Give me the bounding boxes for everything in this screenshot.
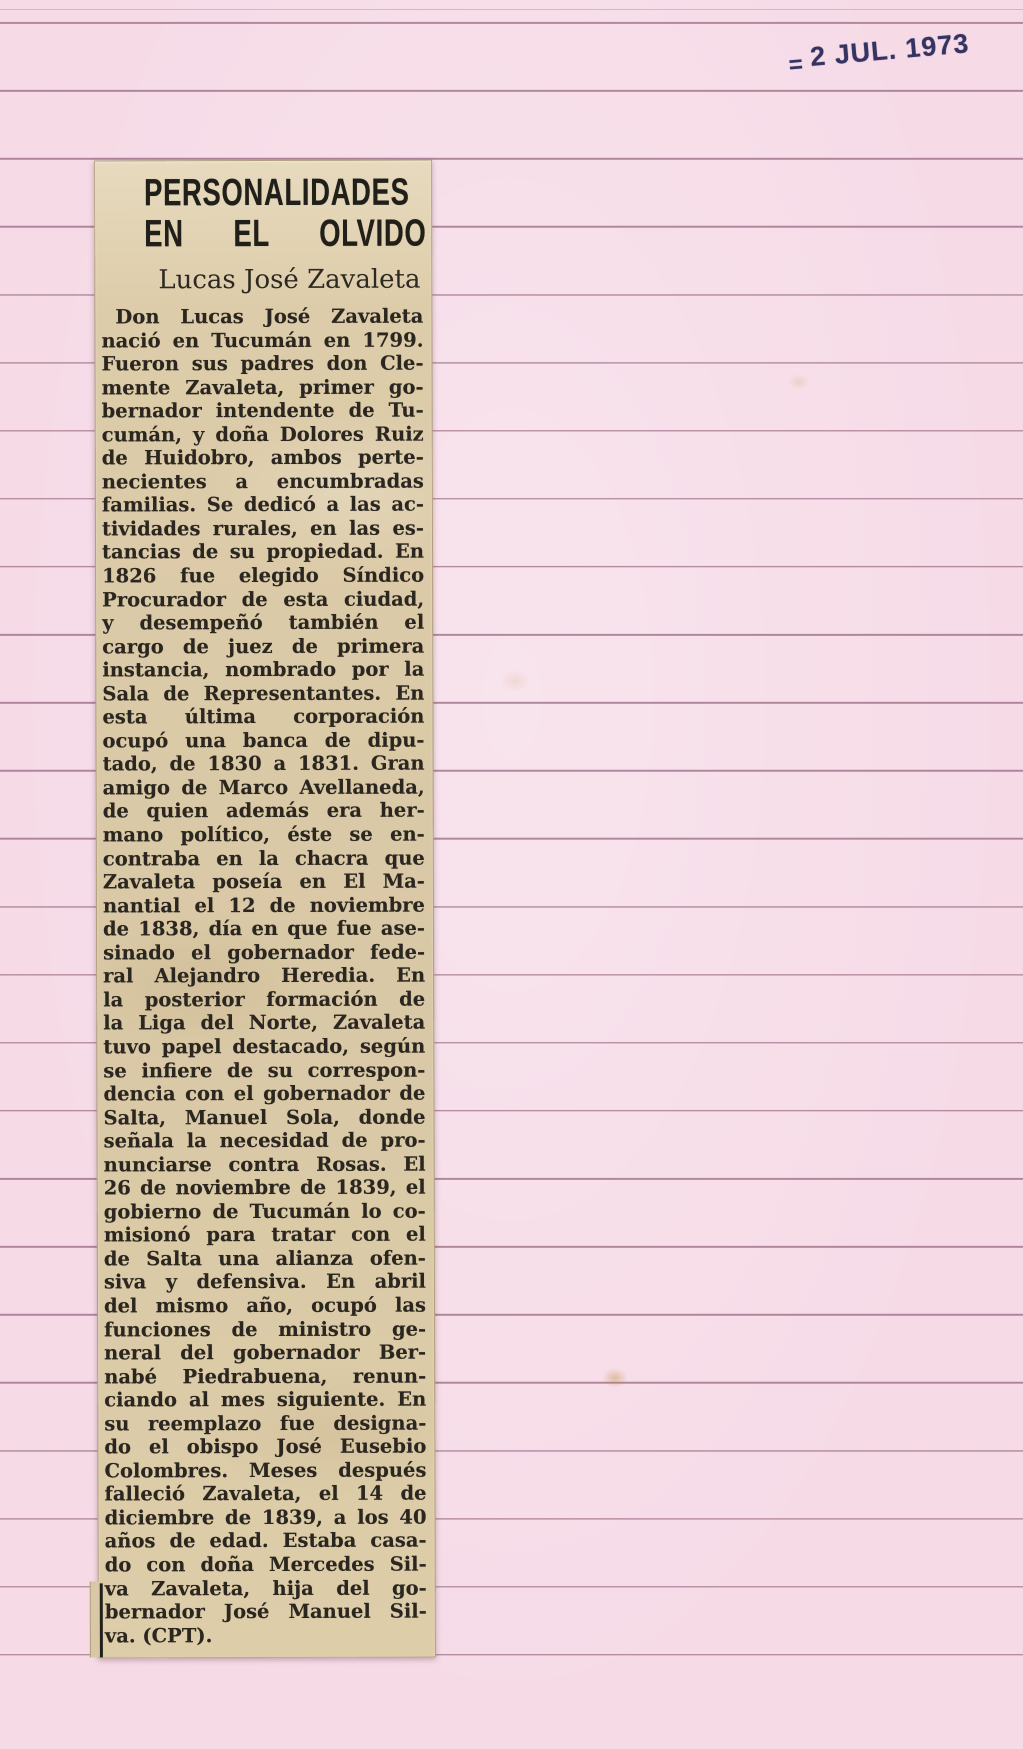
article-line: y desempeñó también el bbox=[102, 611, 424, 635]
article-line: nunciarse contra Rosas. El bbox=[104, 1152, 426, 1176]
article-line: su reemplazo fue designa- bbox=[104, 1411, 426, 1435]
article-line: la posterior formación de bbox=[103, 987, 425, 1011]
article-line: de Salta una alianza ofen- bbox=[104, 1246, 426, 1270]
article-line: diciembre de 1839, a los 40 bbox=[105, 1505, 427, 1529]
article-line: misionó para tratar con el bbox=[104, 1223, 426, 1247]
article-line: cargo de juez de primera bbox=[102, 634, 424, 658]
article-line: se infiere de su correspon- bbox=[103, 1058, 425, 1082]
article-line: va Zavaleta, hija del go- bbox=[105, 1576, 427, 1600]
article-line: neral del gobernador Ber- bbox=[104, 1341, 426, 1365]
article-line: Colombres. Meses después bbox=[104, 1458, 426, 1482]
article-byline: Lucas José Zavaleta bbox=[158, 264, 425, 297]
paper-stain bbox=[602, 1368, 628, 1388]
newspaper-column-rule bbox=[100, 1583, 103, 1657]
article-line: señala la necesidad de pro- bbox=[104, 1129, 426, 1153]
article-line: funciones de ministro ge- bbox=[104, 1317, 426, 1341]
article-line: ocupó una banca de dipu- bbox=[102, 728, 424, 752]
article-line: 26 de noviembre de 1839, el bbox=[104, 1176, 426, 1200]
newspaper-clipping: PERSONALIDADES EN EL OLVIDO Lucas José Z… bbox=[94, 160, 436, 1659]
article-line: Salta, Manuel Sola, donde bbox=[103, 1105, 425, 1129]
article-line: dencia con el gobernador de bbox=[103, 1082, 425, 1106]
paper-stain bbox=[500, 670, 530, 692]
article-line: cumán, y doña Dolores Ruiz bbox=[102, 422, 424, 446]
article-headline: PERSONALIDADES EN EL OLVIDO bbox=[144, 173, 426, 256]
article-line: de Huidobro, ambos perte- bbox=[102, 446, 424, 470]
article-line: mente Zavaleta, primer go- bbox=[102, 375, 424, 399]
article-line: de quien además era her- bbox=[103, 799, 425, 823]
headline-line-2: EN EL OLVIDO bbox=[144, 214, 426, 256]
article-line: del mismo año, ocupó las bbox=[104, 1294, 426, 1318]
article-line: Don Lucas José Zavaleta bbox=[101, 305, 423, 329]
article-line: falleció Zavaleta, el 14 de bbox=[104, 1482, 426, 1506]
article-line: ciando al mes siguiente. En bbox=[104, 1388, 426, 1412]
scanned-notebook-page: { "page": { "stamp": { "prefix": "=", "d… bbox=[0, 0, 1023, 1749]
article-line: años de edad. Estaba casa- bbox=[105, 1529, 427, 1553]
article-line: bernador José Manuel Sil- bbox=[105, 1600, 427, 1624]
article-line: va. (CPT). bbox=[105, 1623, 427, 1647]
article-body: Don Lucas José Zavaletanació en Tucumán … bbox=[100, 305, 429, 1648]
article-line: tancias de su propiedad. En bbox=[102, 540, 424, 564]
article-line: Sala de Representantes. En bbox=[102, 681, 424, 705]
article-line: amigo de Marco Avellaneda, bbox=[103, 776, 425, 800]
stamp-dash-mark: = bbox=[788, 51, 805, 80]
article-line: instancia, nombrado por la bbox=[102, 658, 424, 682]
article-line: Procurador de esta ciudad, bbox=[102, 587, 424, 611]
article-line: siva y defensiva. En abril bbox=[104, 1270, 426, 1294]
article-line: nabé Piedrabuena, renun- bbox=[104, 1364, 426, 1388]
article-line: sinado el gobernador fede- bbox=[103, 940, 425, 964]
article-line: necientes a encumbradas bbox=[102, 469, 424, 493]
article-line: esta última corporación bbox=[102, 705, 424, 729]
article-line: familias. Se dedicó a las ac- bbox=[102, 493, 424, 517]
article-line: nació en Tucumán en 1799. bbox=[101, 328, 423, 352]
article-line: de 1838, día en que fue ase- bbox=[103, 917, 425, 941]
article-line: nantial el 12 de noviembre bbox=[103, 893, 425, 917]
paper-stain bbox=[788, 374, 810, 390]
article-line: Fueron sus padres don Cle- bbox=[102, 352, 424, 376]
article-line: tividades rurales, en las es- bbox=[102, 517, 424, 541]
headline-line-1: PERSONALIDADES bbox=[144, 173, 426, 215]
article-line: mano político, éste se en- bbox=[103, 823, 425, 847]
article-line: do el obispo José Eusebio bbox=[104, 1435, 426, 1459]
article-line: do con doña Mercedes Sil- bbox=[105, 1553, 427, 1577]
article-line: Zavaleta poseía en El Ma- bbox=[103, 870, 425, 894]
scan-edge bbox=[0, 9, 1023, 10]
article-line: tuvo papel destacado, según bbox=[103, 1035, 425, 1059]
article-line: contraba en la chacra que bbox=[103, 846, 425, 870]
article-line: la Liga del Norte, Zavaleta bbox=[103, 1011, 425, 1035]
article-line: tado, de 1830 a 1831. Gran bbox=[103, 752, 425, 776]
article-line: gobierno de Tucumán lo co- bbox=[104, 1199, 426, 1223]
article-line: bernador intendente de Tu- bbox=[102, 399, 424, 423]
article-line: 1826 fue elegido Síndico bbox=[102, 564, 424, 588]
article-line: ral Alejandro Heredia. En bbox=[103, 964, 425, 988]
